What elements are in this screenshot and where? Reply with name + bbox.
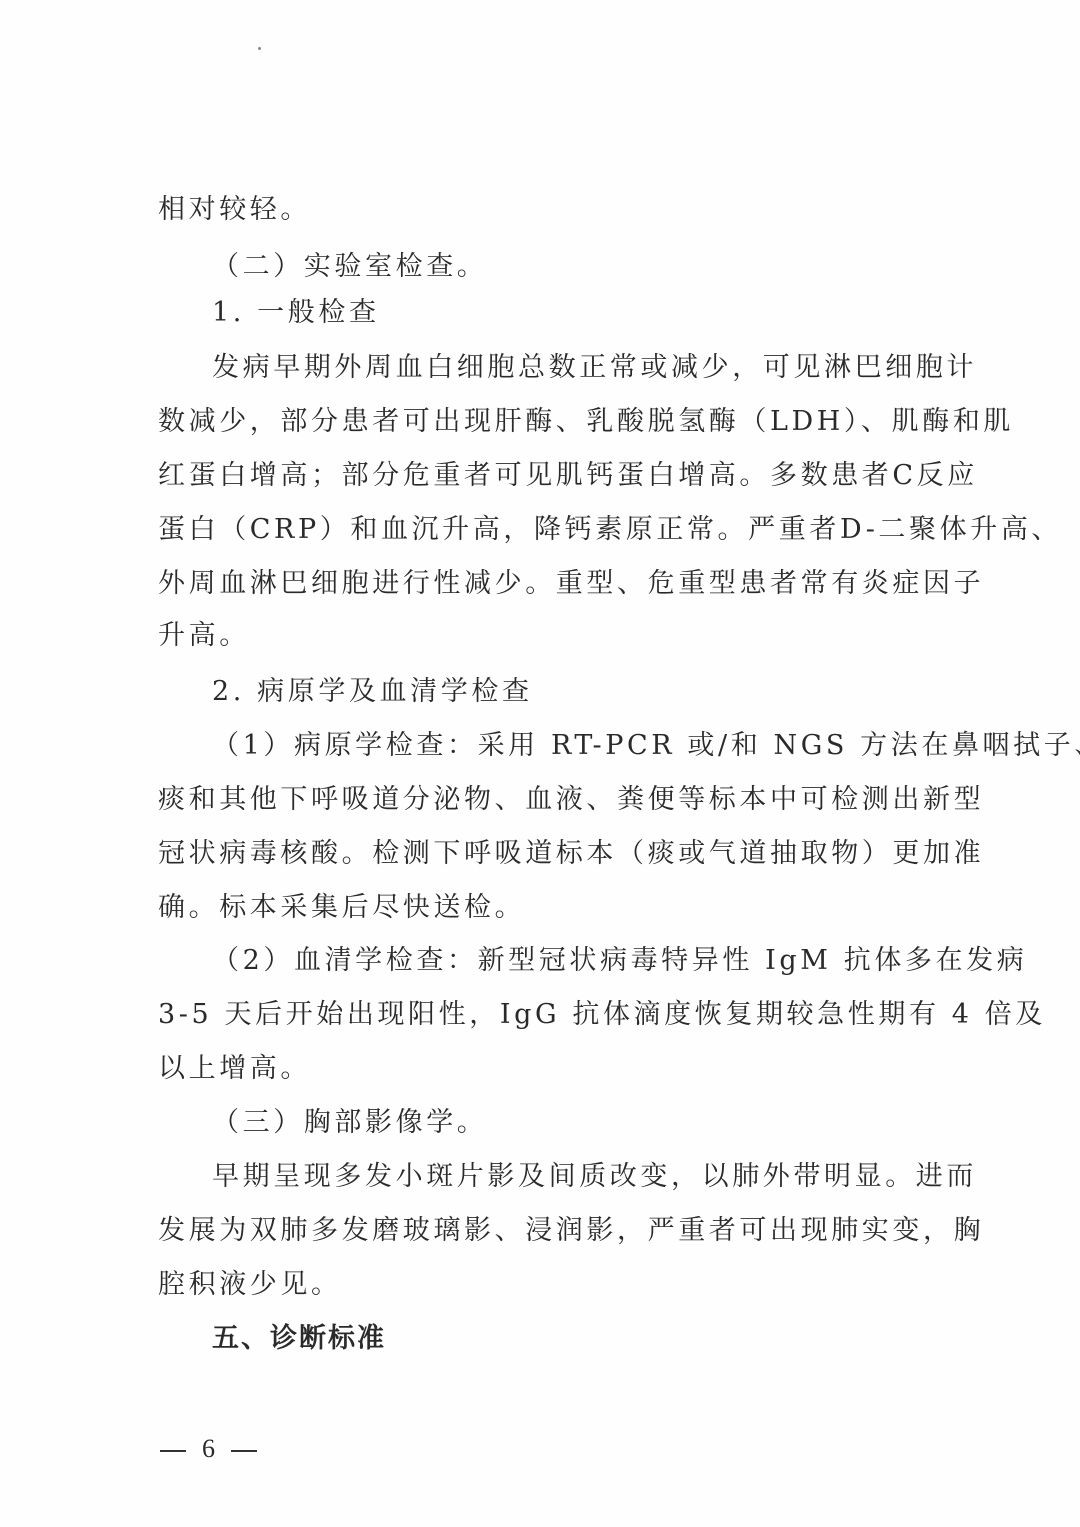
subsection-heading-chest-imaging: （三）胸部影像学。	[212, 1106, 487, 1140]
paragraph-line: 数减少，部分患者可出现肝酶、乳酸脱氢酶（LDH）、肌酶和肌	[158, 405, 1014, 439]
paragraph-line: 外周血淋巴细胞进行性减少。重型、危重型患者常有炎症因子	[158, 567, 984, 601]
dash-right	[231, 1450, 257, 1452]
paragraph-line: 痰和其他下呼吸道分泌物、血液、粪便等标本中可检测出新型	[158, 783, 984, 817]
paragraph-line: 腔积液少见。	[158, 1268, 342, 1302]
paragraph-line: （1）病原学检查：采用 RT-PCR 或/和 NGS 方法在鼻咽拭子、	[212, 729, 1080, 763]
dash-left	[160, 1450, 186, 1452]
page-number: 6	[160, 1432, 257, 1466]
section-heading-diagnosis-criteria: 五、诊断标准	[212, 1322, 386, 1356]
paragraph-line: 发病早期外周血白细胞总数正常或减少，可见淋巴细胞计	[212, 351, 977, 385]
paragraph-line: （2）血清学检查：新型冠状病毒特异性 IgM 抗体多在发病	[212, 944, 1027, 978]
paragraph-line: 早期呈现多发小斑片影及间质改变，以肺外带明显。进而	[212, 1160, 977, 1194]
paragraph-line: 升高。	[158, 619, 250, 653]
paragraph-line: 冠状病毒核酸。检测下呼吸道标本（痰或气道抽取物）更加准	[158, 837, 984, 871]
paragraph-line: 蛋白（CRP）和血沉升高，降钙素原正常。严重者D-二聚体升高、	[158, 513, 1062, 547]
paragraph-line: 3-5 天后开始出现阳性，IgG 抗体滴度恢复期较急性期有 4 倍及	[158, 998, 1046, 1032]
paragraph-line: 发展为双肺多发磨玻璃影、浸润影，严重者可出现肺实变，胸	[158, 1214, 984, 1248]
paragraph-line: 红蛋白增高；部分危重者可见肌钙蛋白增高。多数患者C反应	[158, 459, 978, 493]
paragraph-line: 以上增高。	[158, 1052, 311, 1086]
paragraph-line: 相对较轻。	[158, 193, 311, 227]
item-heading-pathogen-serology: 2. 病原学及血清学检查	[212, 675, 533, 709]
subsection-heading-lab-tests: （二）实验室检查。	[212, 250, 487, 284]
page-number-value: 6	[202, 1432, 215, 1466]
item-heading-general-tests: 1. 一般检查	[212, 296, 380, 330]
scan-speck	[258, 47, 261, 50]
document-page: 相对较轻。 （二）实验室检查。 1. 一般检查 发病早期外周血白细胞总数正常或减…	[0, 0, 1080, 1527]
paragraph-line: 确。标本采集后尽快送检。	[158, 891, 525, 925]
